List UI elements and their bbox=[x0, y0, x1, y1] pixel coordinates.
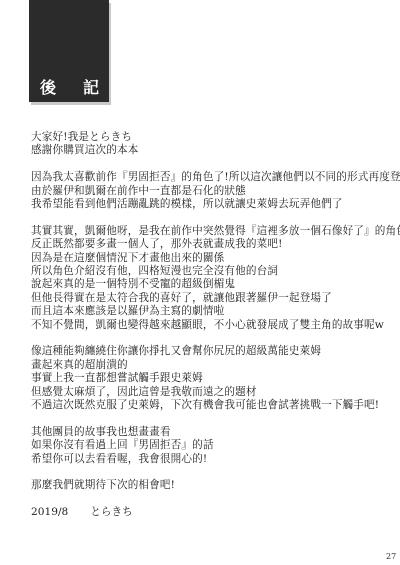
text-line: 畫起來真的超崩潰的 bbox=[31, 359, 391, 372]
text-line: 但感覺太麻煩了，因此這曾是我敬而遠之的題材 bbox=[31, 386, 391, 399]
text-line: 事實上我一直都想嘗試觸手跟史萊姆 bbox=[31, 372, 391, 385]
text-line: 感謝你購買這次的本本 bbox=[31, 144, 391, 157]
signature: 2019/8とらきち bbox=[31, 506, 391, 519]
paragraph-motivation: 因為我太喜歡前作『男固拒否』的角色了!所以這次讓他們以不同的形式再度登場 由於羅… bbox=[31, 171, 391, 211]
text-line: 希望你可以去看看喔，我會很開心的! bbox=[31, 453, 391, 466]
text-line: 而且這本來應該是以羅伊為主寫的劇情啦 bbox=[31, 305, 391, 318]
text-line: 不過這次既然克服了史萊姆，下次有機會我可能也會試著挑戰一下觸手吧! bbox=[31, 399, 391, 412]
page-number: 27 bbox=[386, 552, 396, 562]
paragraph-greeting: 大家好!我是とらきち 感謝你購買這次的本本 bbox=[31, 131, 391, 158]
paragraph-other-members: 其他團員的故事我也想畫畫看 如果你沒有看過上回『男固拒否』的話 希望你可以去看看… bbox=[31, 426, 391, 466]
paragraph-slime-notes: 像這種能夠纏繞住你讓你掙扎又會幫你尻尻的超級萬能史萊姆 畫起來真的超崩潰的 事實… bbox=[31, 345, 391, 412]
text-line: 所以角色介紹沒有他，四格短漫也完全沒有他的台詞 bbox=[31, 265, 391, 278]
text-line: 其實其實，凱爾他呀，是我在前作中突然覺得『這裡多放一個石像好了』的角色 bbox=[31, 225, 391, 238]
text-line: 我希望能看到他們活蹦亂跳的模樣，所以就讓史萊姆去玩弄他們了 bbox=[31, 198, 391, 211]
text-line: 反正既然都要多畫一個人了，那外表就畫成我的菜吧! bbox=[31, 238, 391, 251]
title-char-1: 後 bbox=[40, 79, 56, 97]
text-line: 大家好!我是とらきち bbox=[31, 131, 391, 144]
text-line: 其他團員的故事我也想畫畫看 bbox=[31, 426, 391, 439]
text-line: 說起來真的是一個特別不受寵的超級倒楣鬼 bbox=[31, 278, 391, 291]
paragraph-closing: 那麼我們就期待下次的相會吧! bbox=[31, 479, 391, 492]
text-line: 但他長得實在是太符合我的喜好了，就讓他跟著羅伊一起登場了 bbox=[31, 292, 391, 305]
text-line: 那麼我們就期待下次的相會吧! bbox=[31, 479, 391, 492]
text-line: 像這種能夠纏繞住你讓你掙扎又會幫你尻尻的超級萬能史萊姆 bbox=[31, 345, 391, 358]
text-line: 不知不覺間，凱爾也變得越來越顯眼，不小心就發展成了雙主角的故事呢w bbox=[31, 319, 391, 332]
signature-date: 2019/8 bbox=[31, 506, 68, 518]
text-line: 由於羅伊和凱爾在前作中一直都是石化的狀態 bbox=[31, 185, 391, 198]
text-line: 如果你沒有看過上回『男固拒否』的話 bbox=[31, 439, 391, 452]
afterword-body: 大家好!我是とらきち 感謝你購買這次的本本 因為我太喜歡前作『男固拒否』的角色了… bbox=[31, 131, 391, 520]
afterword-title-block: 後 記 bbox=[29, 0, 109, 102]
text-line: 因為我太喜歡前作『男固拒否』的角色了!所以這次讓他們以不同的形式再度登場 bbox=[31, 171, 391, 184]
title-char-2: 記 bbox=[83, 79, 99, 97]
text-line: 因為是在這麼個情況下才畫他出來的關係 bbox=[31, 252, 391, 265]
paragraph-character-notes: 其實其實，凱爾他呀，是我在前作中突然覺得『這裡多放一個石像好了』的角色 反正既然… bbox=[31, 225, 391, 332]
signature-author: とらきち bbox=[90, 506, 132, 518]
